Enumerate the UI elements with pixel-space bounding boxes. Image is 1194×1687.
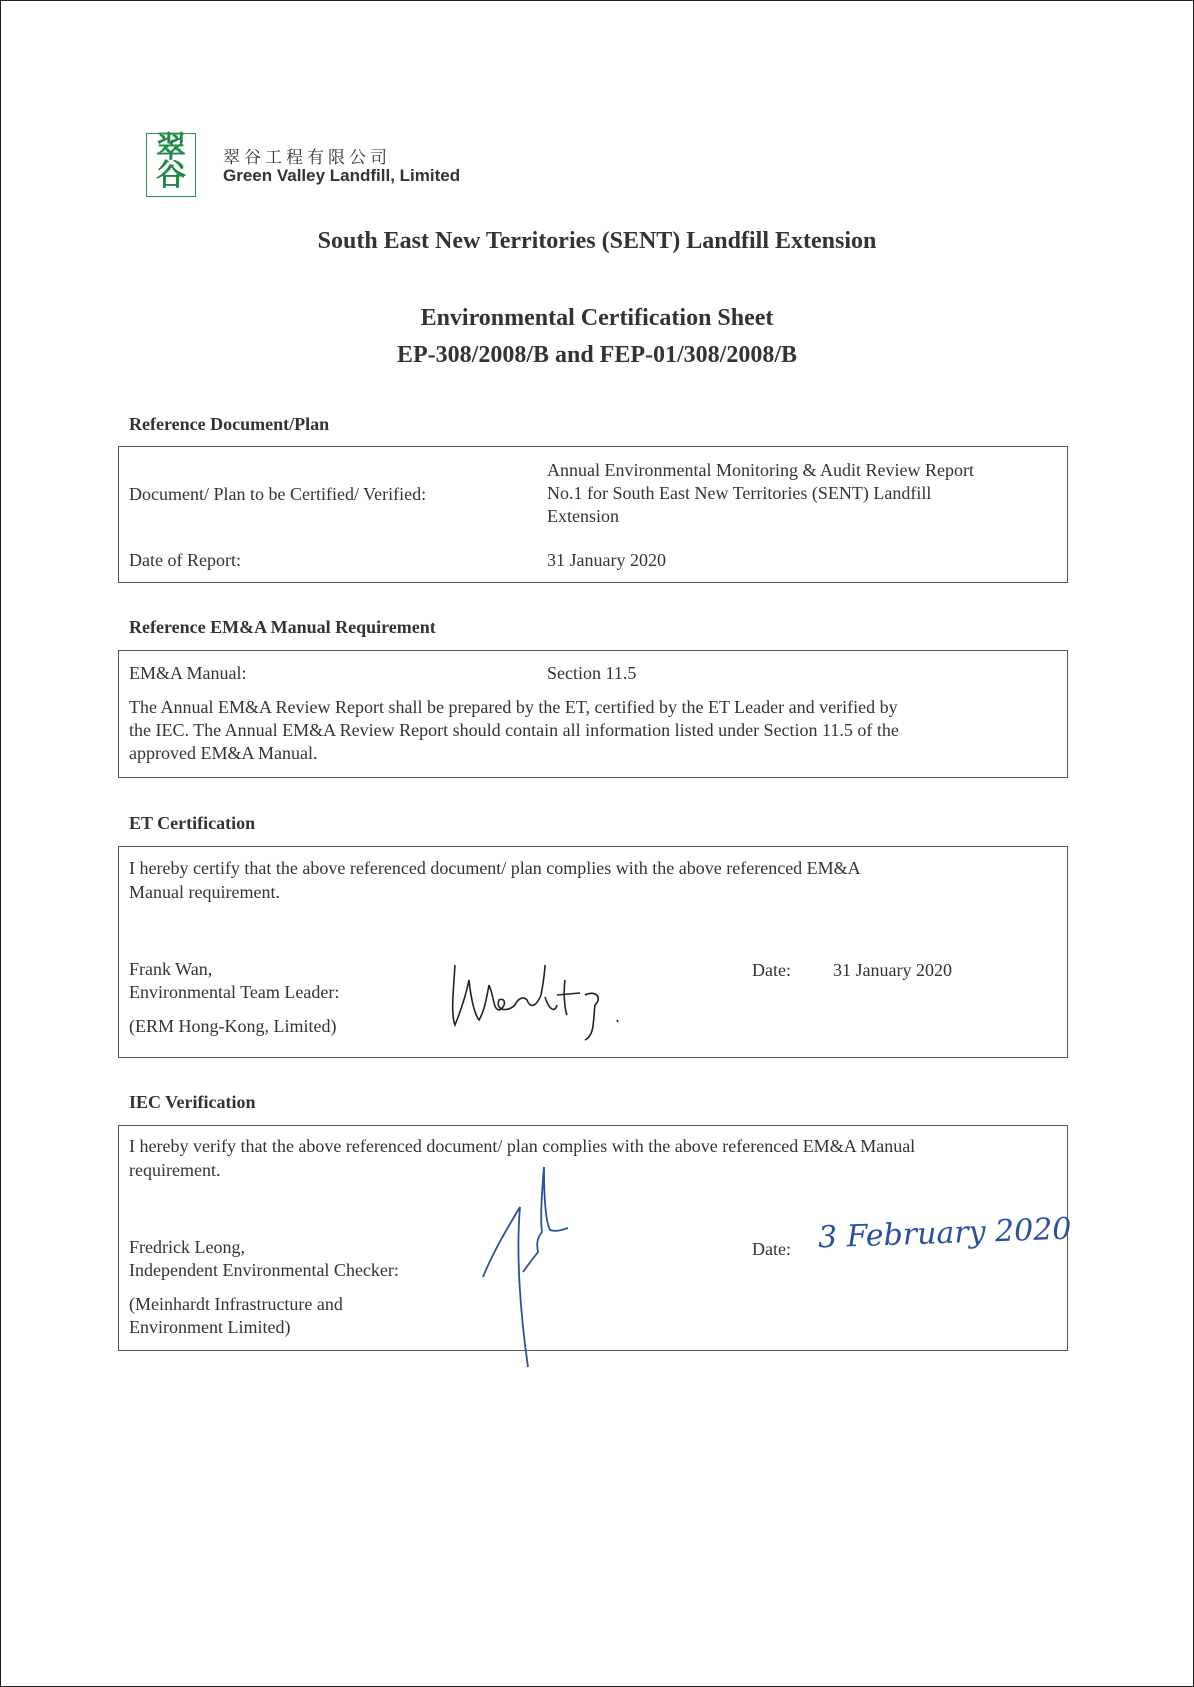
iec-statement-line-2: requirement.: [129, 1159, 220, 1182]
date-of-report-label: Date of Report:: [129, 549, 241, 572]
logo-char-2: 谷: [147, 162, 195, 190]
company-logo: 翠 谷: [146, 133, 196, 197]
iec-organisation-line-2: Environment Limited): [129, 1316, 290, 1339]
reference-document-heading: Reference Document/Plan: [129, 414, 329, 435]
company-name-cn: 翠谷工程有限公司: [223, 143, 391, 168]
iec-signature: [478, 1162, 588, 1372]
iec-name: Fredrick Leong,: [129, 1236, 245, 1259]
iec-statement-line-1: I hereby verify that the above reference…: [129, 1135, 915, 1158]
sheet-title: Environmental Certification Sheet: [0, 305, 1194, 332]
et-date-value: 31 January 2020: [833, 959, 952, 982]
permit-title: EP-308/2008/B and FEP-01/308/2008/B: [0, 342, 1194, 369]
manual-value: Section 11.5: [547, 662, 636, 685]
et-date-label: Date:: [752, 959, 791, 982]
project-title: South East New Territories (SENT) Landfi…: [0, 228, 1194, 255]
iec-organisation-line-1: (Meinhardt Infrastructure and: [129, 1293, 343, 1316]
manual-label: EM&A Manual:: [129, 662, 247, 685]
manual-desc-line-3: approved EM&A Manual.: [129, 742, 317, 765]
manual-requirement-heading: Reference EM&A Manual Requirement: [129, 617, 436, 638]
iec-verification-heading: IEC Verification: [129, 1092, 256, 1113]
doc-value-line-1: Annual Environmental Monitoring & Audit …: [547, 459, 974, 482]
et-statement-line-1: I hereby certify that the above referenc…: [129, 857, 861, 880]
iec-date-handwritten: 3 February 2020: [818, 1218, 1072, 1250]
manual-desc-line-1: The Annual EM&A Review Report shall be p…: [129, 696, 898, 719]
et-signature: [445, 955, 645, 1050]
company-name-en: Green Valley Landfill, Limited: [223, 166, 460, 186]
et-role: Environmental Team Leader:: [129, 981, 339, 1004]
iec-role: Independent Environmental Checker:: [129, 1259, 399, 1282]
doc-label: Document/ Plan to be Certified/ Verified…: [129, 483, 426, 506]
et-name: Frank Wan,: [129, 958, 212, 981]
et-statement-line-2: Manual requirement.: [129, 881, 280, 904]
et-organisation: (ERM Hong-Kong, Limited): [129, 1015, 336, 1038]
manual-desc-line-2: the IEC. The Annual EM&A Review Report s…: [129, 719, 899, 742]
doc-value-line-2: No.1 for South East New Territories (SEN…: [547, 482, 931, 505]
et-certification-heading: ET Certification: [129, 813, 255, 834]
doc-value-line-3: Extension: [547, 505, 619, 528]
date-of-report-value: 31 January 2020: [547, 549, 666, 572]
iec-date-label: Date:: [752, 1238, 791, 1261]
